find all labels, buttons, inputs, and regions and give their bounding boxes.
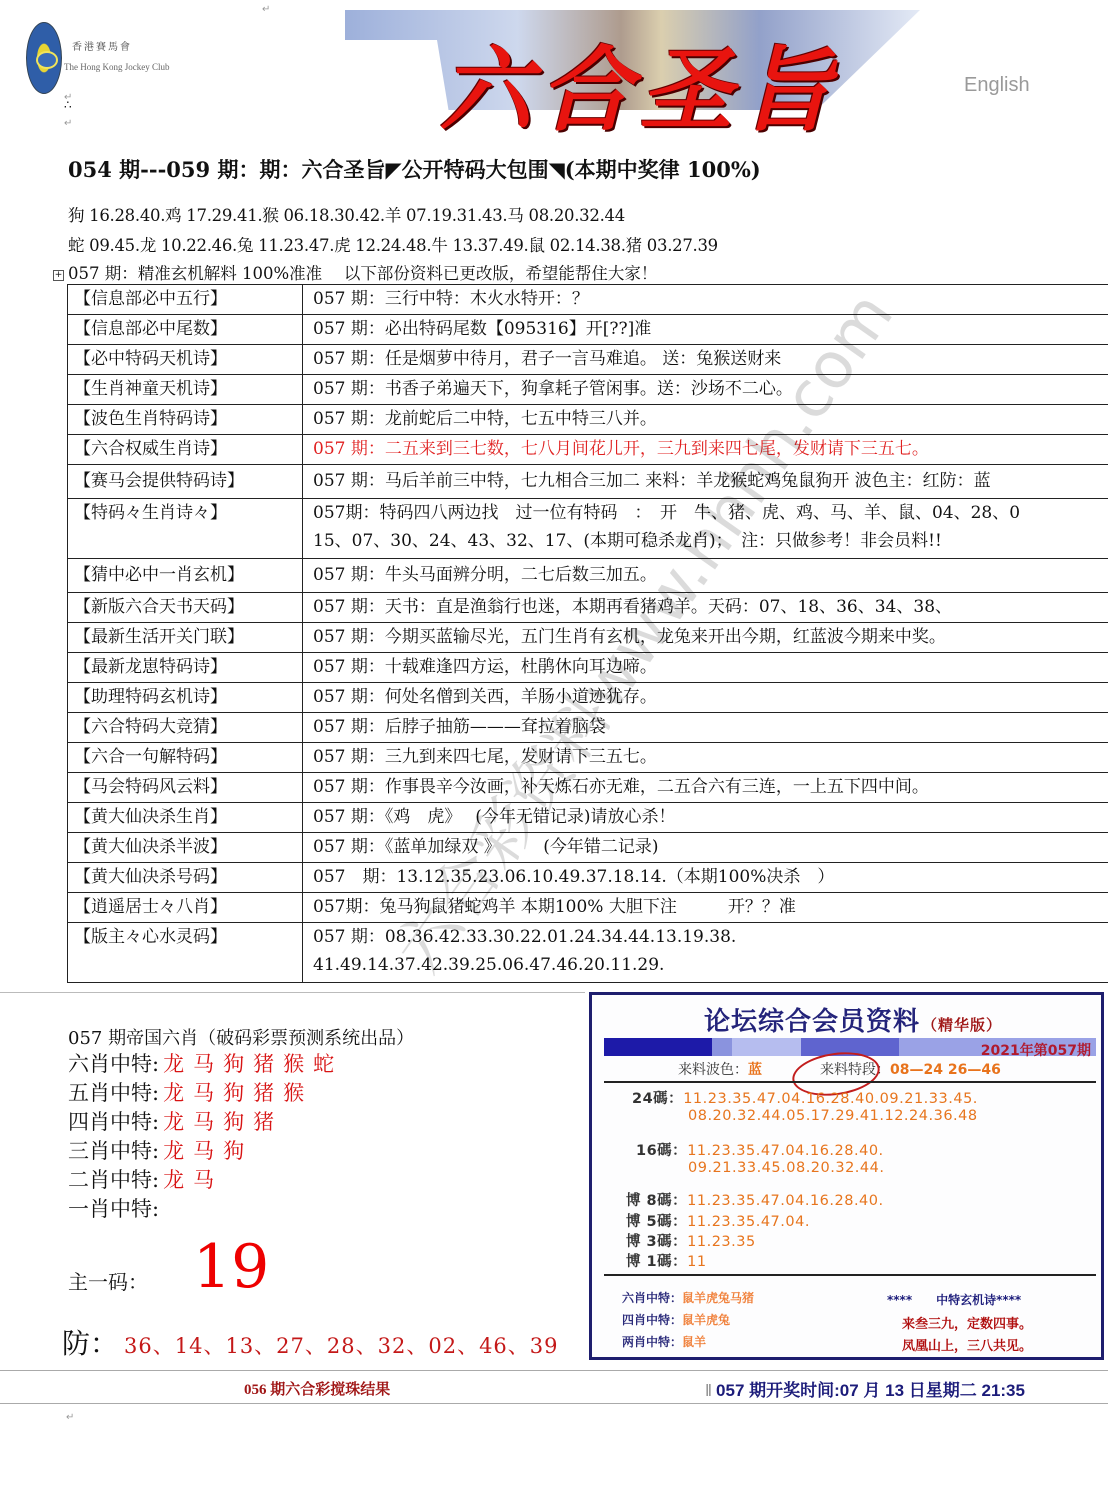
footer-pick-label: 四肖中特： <box>622 1313 682 1327</box>
english-link[interactable]: English <box>964 74 1030 97</box>
table-row: 【特码々生肖诗々】057期：特码四八两边找 过一位有特码 ： 开 牛、猪、虎、鸡… <box>68 499 1108 559</box>
row-label: 【最新龙崽特码诗】 <box>68 653 303 683</box>
table-row: 【助理特码玄机诗】057 期：何处名僧到关西，羊肠小道迹犹存。 <box>68 683 1108 713</box>
divider <box>0 992 585 993</box>
row-value: 057 期：《鸡 虎》 (今年无错记录)请放心杀！ <box>303 803 1108 833</box>
row-label: 【特码々生肖诗々】 <box>68 499 303 559</box>
pick-label: 一肖中特: <box>68 1197 159 1221</box>
row-label: 【赛马会提供特码诗】 <box>68 465 303 499</box>
row-value: 057期：特码四八两边找 过一位有特码 ： 开 牛、猪、虎、鸡、马、羊、鼠、04… <box>303 499 1108 559</box>
row-label: 【最新生活开关门联】 <box>68 623 303 653</box>
divider <box>0 1403 1108 1404</box>
pick-label: 五肖中特: <box>68 1081 159 1105</box>
row-label: 【黄大仙决杀生肖】 <box>68 803 303 833</box>
pick-label: 六肖中特: <box>68 1052 159 1076</box>
code-values: 11.23.35.47.04.16.28.40. <box>687 1143 883 1159</box>
divider <box>0 1370 1108 1371</box>
code-label: 博 8碼： <box>626 1193 687 1209</box>
row-label: 【逍遥居士々八肖】 <box>68 893 303 923</box>
table-row: 【新版六合天书天码】057 期：天书：直是渔翁行也迷，本期再看猪鸡羊。天码：07… <box>68 593 1108 623</box>
row-value: 057 期：后脖子抽筋———耷拉着脑袋 <box>303 713 1108 743</box>
row-value: 057 期：龙前蛇后二中特，七五中特三八并。 <box>303 405 1108 435</box>
table-row: 【黄大仙决杀生肖】057 期：《鸡 虎》 (今年无错记录)请放心杀！ <box>68 803 1108 833</box>
row-label: 【信息部必中尾数】 <box>68 315 303 345</box>
row-value: 057 期：作事畏辛今汝画，补天炼石亦无难，二五合六有三连，一上五下四中间。 <box>303 773 1108 803</box>
separator-bar: ‖ <box>705 1381 712 1400</box>
footer-pick-row: 六肖中特：鼠羊虎兔马猪 <box>622 1289 754 1306</box>
table-row: 【六合特码大竞猜】057 期：后脖子抽筋———耷拉着脑袋 <box>68 713 1108 743</box>
row-label: 【版主々心水灵码】 <box>68 923 303 983</box>
dots-glyph: ∴ <box>64 98 72 112</box>
member-info-panel: 论坛综合会员资料（精华版） 2021年第057期 来料波色：蓝来料特段：08—2… <box>589 992 1104 1360</box>
paragraph-mark: ↵ <box>66 1412 74 1423</box>
row-value: 057 期：十载难逢四方运，杜鹃休向耳边啼。 <box>303 653 1108 683</box>
imperial-six-title: 057 期帝国六肖（破码彩票预测系统出品） <box>68 1024 414 1050</box>
paragraph-mark: ↵ <box>262 4 270 15</box>
main-number: 19 <box>193 1232 269 1302</box>
pick-label: 四肖中特: <box>68 1110 159 1134</box>
code-row: 博 1碼：11 <box>626 1250 707 1271</box>
hkjc-logo-icon <box>26 22 62 94</box>
pick-values: 龙马狗猪 <box>163 1110 283 1134</box>
table-row: 【六合权威生肖诗】057 期：二五来到三七数，七八月间花儿开，三九到来四七尾，发… <box>68 435 1108 465</box>
footer-pick-label: 两肖中特： <box>622 1335 682 1349</box>
divider <box>604 1081 1096 1083</box>
row-label: 【黄大仙决杀半波】 <box>68 833 303 863</box>
code-label: 博 3碼： <box>626 1234 687 1250</box>
row-label: 【新版六合天书天码】 <box>68 593 303 623</box>
table-expand-icon[interactable]: + <box>53 270 64 281</box>
main-number-label: 主一码： <box>68 1266 148 1295</box>
row-label: 【六合权威生肖诗】 <box>68 435 303 465</box>
section-subhead: 057 期：精准玄机解料 100%准准 以下部份资料已更改版，希望能帮住大家！ <box>68 260 657 284</box>
row-value: 057 期：《蓝单加绿双 》 (今年错二记录) <box>303 833 1108 863</box>
paragraph-mark: ↵ <box>64 118 72 129</box>
row-value: 057 期：今期买蓝输尽光，五门生肖有玄机，龙兔来开出今期，红蓝波今期来中奖。 <box>303 623 1108 653</box>
pick-label: 二肖中特: <box>68 1168 159 1192</box>
code-row: 24碼：11.23.35.47.04.16.28.40.09.21.33.45. <box>632 1087 978 1108</box>
zodiac-pick-row: 三肖中特:龙马狗 <box>68 1137 343 1166</box>
wave-label: 来料波色： <box>678 1062 748 1078</box>
row-value: 057 期：三九到来四七尾，发财请下三五七。 <box>303 743 1108 773</box>
guard-numbers-row: 防：36、14、13、27、28、32、02、46、39 <box>62 1322 559 1362</box>
year-issue: 2021年第057期 <box>981 1040 1091 1060</box>
table-row: 【马会特码风云料】057 期：作事畏辛今汝画，补天炼石亦无难，二五合六有三连，一… <box>68 773 1108 803</box>
table-row: 【生肖神童天机诗】057 期：书香子弟遍天下，狗拿耗子管闲事。送：沙场不二心。 <box>68 375 1108 405</box>
row-value: 057 期：任是烟萝中待月，君子一言马难追。 送：兔猴送财来 <box>303 345 1108 375</box>
wave-value: 蓝 <box>748 1062 762 1078</box>
footer-pick-label: 六肖中特： <box>622 1291 682 1305</box>
table-row: 【逍遥居士々八肖】057期：兔马狗鼠猪蛇鸡羊 本期100% 大胆下注 开？？准 <box>68 893 1108 923</box>
row-value-line: 057期：特码四八两边找 过一位有特码 ： 开 牛、猪、虎、鸡、马、羊、鼠、04… <box>313 499 1108 527</box>
code-label: 博 5碼： <box>626 1214 687 1230</box>
footer-pick-value: 鼠羊虎兔马猪 <box>682 1291 754 1305</box>
row-label: 【生肖神童天机诗】 <box>68 375 303 405</box>
table-row: 【猜中必中一肖玄机】057 期：牛头马面辨分明，二七后数三加五。 <box>68 559 1108 593</box>
pick-values: 龙马狗猪猴蛇 <box>163 1052 343 1076</box>
row-value-line: 15、07、30、24、43、32、17、(本期可稳杀龙肖)； 注：只做参考！非… <box>313 527 1108 555</box>
footer-pick-value: 鼠羊虎兔 <box>682 1313 730 1327</box>
club-name-en: The Hong Kong Jockey Club <box>64 62 170 72</box>
row-value: 057 期：天书：直是渔翁行也迷，本期再看猪鸡羊。天码：07、18、36、34、… <box>303 593 1108 623</box>
panel-title: 论坛综合会员资料（精华版） <box>704 1001 1002 1038</box>
row-value: 057 期：牛头马面辨分明，二七后数三加五。 <box>303 559 1108 593</box>
code-row: 16碼：11.23.35.47.04.16.28.40. <box>636 1139 884 1160</box>
zodiac-pick-row: 五肖中特:龙马狗猪猴 <box>68 1079 343 1108</box>
footer-pick-row: 两肖中特：鼠羊 <box>622 1333 706 1350</box>
prediction-table: 【信息部必中五行】057 期：三行中特：木火水特开：？ 【信息部必中尾数】057… <box>67 284 1108 983</box>
zodiac-numbers-line: 蛇 09.45.龙 10.22.46.兔 11.23.47.虎 12.24.48… <box>68 232 718 256</box>
code-values: 09.21.33.45.08.20.32.44. <box>688 1160 884 1176</box>
row-value: 057 期：13.12.35.23.06.10.49.37.18.14.（本期1… <box>303 863 1108 893</box>
code-values: 11.23.35.47.04. <box>687 1214 810 1230</box>
row-value: 057 期：必出特码尾数【095316】开[??]准 <box>303 315 1108 345</box>
guard-numbers: 36、14、13、27、28、32、02、46、39 <box>124 1334 559 1358</box>
club-name-cn: 香港賽馬會 <box>72 38 132 53</box>
page-headline: 054 期---059 期：期：六合圣旨◤公开特码大包围◥(本期中奖律 100%… <box>68 154 761 184</box>
row-label: 【马会特码风云料】 <box>68 773 303 803</box>
code-row-cont: 09.21.33.45.08.20.32.44. <box>688 1160 884 1176</box>
row-label: 【猜中必中一肖玄机】 <box>68 559 303 593</box>
guard-label: 防： <box>62 1327 118 1360</box>
pick-values: 龙马狗 <box>163 1139 253 1163</box>
zodiac-numbers-line: 狗 16.28.40.鸡 17.29.41.猴 06.18.30.42.羊 07… <box>68 202 625 226</box>
table-row: 【信息部必中尾数】057 期：必出特码尾数【095316】开[??]准 <box>68 315 1108 345</box>
code-values: 08.20.32.44.05.17.29.41.12.24.36.48 <box>688 1108 978 1124</box>
code-label: 16碼： <box>636 1143 687 1159</box>
table-row: 【黄大仙决杀号码】057 期：13.12.35.23.06.10.49.37.1… <box>68 863 1108 893</box>
row-label: 【六合特码大竞猜】 <box>68 713 303 743</box>
pick-values: 龙马狗猪猴 <box>163 1081 313 1105</box>
panel-title-text: 论坛综合会员资料 <box>704 1007 920 1037</box>
table-row: 【六合一句解特码】057 期：三九到来四七尾，发财请下三五七。 <box>68 743 1108 773</box>
draw-result-link[interactable]: 056 期六合彩搅珠结果 <box>244 1378 390 1399</box>
edition-badge: （精华版） <box>922 1016 1002 1034</box>
row-label: 【必中特码天机诗】 <box>68 345 303 375</box>
row-value-line: 057 期：08.36.42.33.30.22.01.24.34.44.13.1… <box>313 923 1108 951</box>
segment-value: 08—24 26—46 <box>890 1062 1001 1078</box>
table-row: 【波色生肖特码诗】057 期：龙前蛇后二中特，七五中特三八并。 <box>68 405 1108 435</box>
code-row: 博 8碼：11.23.35.47.04.16.28.40. <box>626 1189 884 1210</box>
table-row: 【版主々心水灵码】057 期：08.36.42.33.30.22.01.24.3… <box>68 923 1108 983</box>
row-value: 057 期：三行中特：木火水特开：？ <box>303 285 1108 315</box>
poem-line: 凤凰山上，三八共见。 <box>902 1335 1032 1354</box>
table-row: 【信息部必中五行】057 期：三行中特：木火水特开：？ <box>68 285 1108 315</box>
footer-pick-value: 鼠羊 <box>682 1335 706 1349</box>
code-label: 24碼： <box>632 1091 683 1107</box>
table-row: 【最新龙崽特码诗】057 期：十载难逢四方运，杜鹃休向耳边啼。 <box>68 653 1108 683</box>
row-label: 【波色生肖特码诗】 <box>68 405 303 435</box>
footer-pick-row: 四肖中特：鼠羊虎兔 <box>622 1311 730 1328</box>
table-row: 【赛马会提供特码诗】057 期：马后羊前三中特，七九相合三加二 来料：羊龙猴蛇鸡… <box>68 465 1108 499</box>
code-label: 博 1碼： <box>626 1254 687 1270</box>
row-label: 【助理特码玄机诗】 <box>68 683 303 713</box>
pick-values: 龙马 <box>163 1168 223 1192</box>
code-values: 11.23.35 <box>687 1234 756 1250</box>
code-values: 11 <box>687 1254 706 1270</box>
row-label: 【六合一句解特码】 <box>68 743 303 773</box>
table-row: 【最新生活开关门联】057 期：今期买蓝输尽光，五门生肖有玄机，龙兔来开出今期，… <box>68 623 1108 653</box>
row-value-line: 41.49.14.37.42.39.25.06.47.46.20.11.29. <box>313 951 1108 979</box>
code-values: 11.23.35.47.04.16.28.40.09.21.33.45. <box>683 1091 978 1107</box>
row-value-highlight: 057 期：二五来到三七数，七八月间花儿开，三九到来四七尾，发财请下三五七。 <box>303 435 1108 465</box>
draw-time: ‖057 期开奖时间:07 月 13 日星期二 21:35 <box>705 1376 1025 1401</box>
row-label: 【信息部必中五行】 <box>68 285 303 315</box>
zodiac-pick-row: 四肖中特:龙马狗猪 <box>68 1108 343 1137</box>
code-row: 博 3碼：11.23.35 <box>626 1230 756 1251</box>
row-value: 057 期：08.36.42.33.30.22.01.24.34.44.13.1… <box>303 923 1108 983</box>
zodiac-picks-list: 六肖中特:龙马狗猪猴蛇 五肖中特:龙马狗猪猴 四肖中特:龙马狗猪 三肖中特:龙马… <box>68 1050 343 1224</box>
draw-time-text: 057 期开奖时间:07 月 13 日星期二 21:35 <box>716 1381 1025 1400</box>
table-row: 【黄大仙决杀半波】057 期：《蓝单加绿双 》 (今年错二记录) <box>68 833 1108 863</box>
poem-line: 来叁三九，定数四事。 <box>902 1313 1032 1332</box>
zodiac-pick-row: 六肖中特:龙马狗猪猴蛇 <box>68 1050 343 1079</box>
zodiac-pick-row: 二肖中特:龙马 <box>68 1166 343 1195</box>
divider <box>604 1274 1096 1276</box>
code-row: 博 5碼：11.23.35.47.04. <box>626 1210 810 1231</box>
row-label: 【黄大仙决杀号码】 <box>68 863 303 893</box>
row-value: 057 期：何处名僧到关西，羊肠小道迹犹存。 <box>303 683 1108 713</box>
pick-label: 三肖中特: <box>68 1139 159 1163</box>
poem-header: **** 中特玄机诗**** <box>887 1291 1021 1308</box>
code-row-cont: 08.20.32.44.05.17.29.41.12.24.36.48 <box>688 1108 978 1124</box>
banner-title: 六合圣旨 <box>440 40 840 140</box>
row-value: 057 期：书香子弟遍天下，狗拿耗子管闲事。送：沙场不二心。 <box>303 375 1108 405</box>
row-value: 057期：兔马狗鼠猪蛇鸡羊 本期100% 大胆下注 开？？准 <box>303 893 1108 923</box>
page-header: 香港賽馬會 The Hong Kong Jockey Club ↵ ↵ ∴ ↵ … <box>0 0 1108 140</box>
table-row: 【必中特码天机诗】057 期：任是烟萝中待月，君子一言马难追。 送：兔猴送财来 <box>68 345 1108 375</box>
zodiac-pick-row: 一肖中特: <box>68 1195 343 1224</box>
row-value: 057 期：马后羊前三中特，七九相合三加二 来料：羊龙猴蛇鸡兔鼠狗开 波色主：红… <box>303 465 1108 499</box>
code-values: 11.23.35.47.04.16.28.40. <box>687 1193 883 1209</box>
